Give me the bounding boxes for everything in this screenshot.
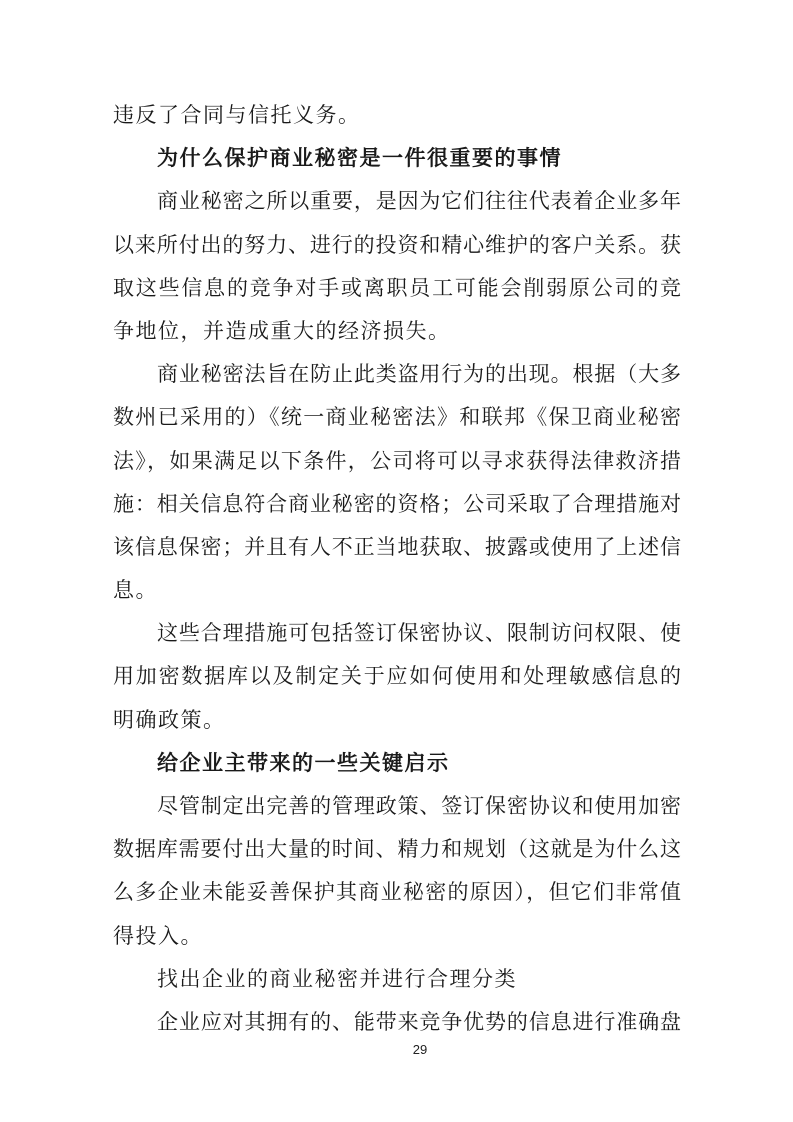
document-body: 违反了合同与信托义务。为什么保护商业秘密是一件很重要的事情商业秘密之所以重要，是…: [113, 94, 681, 1044]
text-line: 得投入。: [113, 915, 681, 958]
text-line: 违反了合同与信托义务。: [113, 94, 681, 137]
text-line: 数州已采用的）《统一商业秘密法》和联邦《保卫商业秘密: [113, 396, 681, 439]
document-page: 违反了合同与信托义务。为什么保护商业秘密是一件很重要的事情商业秘密之所以重要，是…: [0, 0, 793, 1122]
text-line: 以来所付出的努力、进行的投资和精心维护的客户关系。获: [113, 224, 681, 267]
text-line: 企业应对其拥有的、能带来竞争优势的信息进行准确盘: [113, 1001, 681, 1044]
text-line: 商业秘密之所以重要，是因为它们往往代表着企业多年: [113, 180, 681, 223]
text-line: 争地位，并造成重大的经济损失。: [113, 310, 681, 353]
page-number: 29: [113, 1042, 681, 1057]
text-line: 施：相关信息符合商业秘密的资格；公司采取了合理措施对: [113, 483, 681, 526]
text-line: 商业秘密法旨在防止此类盗用行为的出现。根据（大多: [113, 353, 681, 396]
heading-line: 为什么保护商业秘密是一件很重要的事情: [113, 137, 681, 180]
text-line: 找出企业的商业秘密并进行合理分类: [113, 958, 681, 1001]
text-line: 法》，如果满足以下条件，公司将可以寻求获得法律救济措: [113, 440, 681, 483]
text-line: 这些合理措施可包括签订保密协议、限制访问权限、使: [113, 612, 681, 655]
text-line: 取这些信息的竞争对手或离职员工可能会削弱原公司的竞: [113, 267, 681, 310]
heading-line: 给企业主带来的一些关键启示: [113, 742, 681, 785]
text-line: 尽管制定出完善的管理政策、签订保密协议和使用加密: [113, 785, 681, 828]
text-line: 数据库需要付出大量的时间、精力和规划（这就是为什么这: [113, 828, 681, 871]
text-line: 该信息保密；并且有人不正当地获取、披露或使用了上述信: [113, 526, 681, 569]
text-line: 明确政策。: [113, 699, 681, 742]
text-line: 用加密数据库以及制定关于应如何使用和处理敏感信息的: [113, 655, 681, 698]
text-line: 么多企业未能妥善保护其商业秘密的原因），但它们非常值: [113, 871, 681, 914]
text-line: 息。: [113, 569, 681, 612]
